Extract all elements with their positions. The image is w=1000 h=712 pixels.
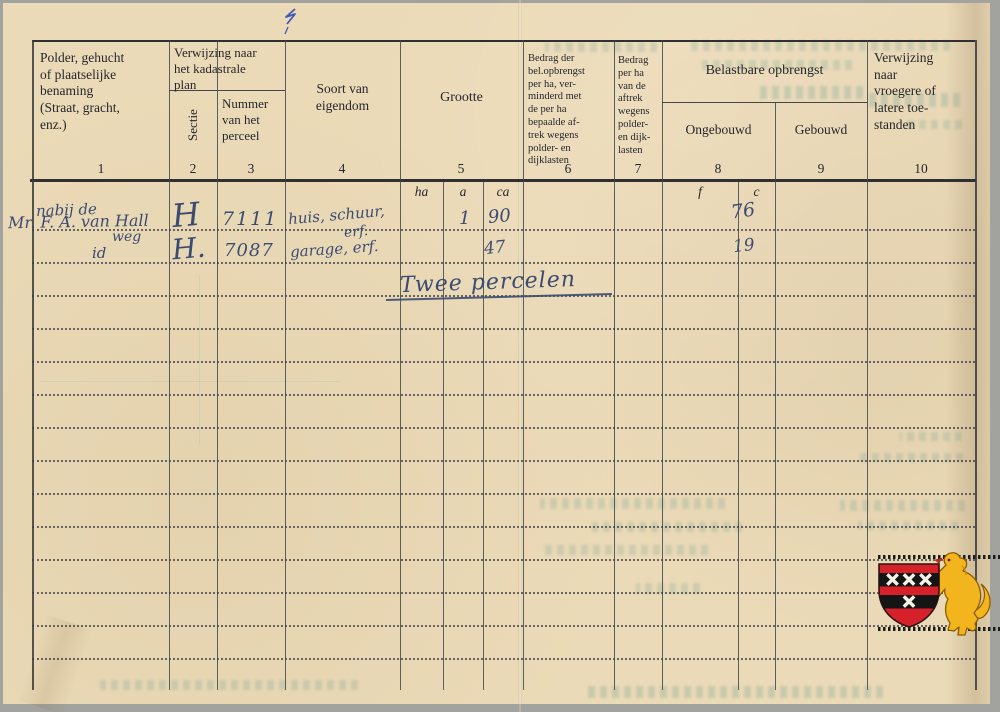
shield	[878, 564, 940, 627]
entry1-location-line3: weg	[112, 229, 141, 245]
subcol-border	[443, 182, 444, 690]
scanned-document: Polder, gehucht of plaatselijke benaming…	[0, 0, 1000, 712]
col-header-grootte: Grootte	[400, 89, 523, 106]
col-header-bedrag-aftrek: Bedrag per ha van de aftrek wegens polde…	[618, 55, 662, 157]
subcol-border	[738, 182, 739, 690]
entry1-sectie: H	[170, 195, 201, 235]
entry2-grootte-ca: 47	[483, 237, 507, 259]
col-number-5: 5	[446, 161, 476, 177]
amsterdam-coat-of-arms	[872, 550, 1000, 636]
entry2-opbrengst-c: 19	[732, 235, 756, 257]
col-header-ongebouwd: Ongebouwd	[662, 122, 775, 139]
entry1-nummer: 7111	[222, 208, 278, 230]
verso-line	[199, 275, 200, 445]
entry1-opbrengst-c: 76	[730, 198, 757, 223]
col-number-4: 4	[327, 161, 357, 177]
row-rule	[32, 658, 975, 660]
entry2-sectie: H.	[171, 231, 207, 267]
row-rule	[32, 394, 975, 396]
row-rule	[32, 361, 975, 363]
col-number-8: 8	[703, 161, 733, 177]
verso-line	[40, 381, 340, 382]
row-rule	[32, 460, 975, 462]
col-header-benaming: Polder, gehucht of plaatselijke benaming…	[40, 50, 165, 134]
col-number-7: 7	[623, 161, 653, 177]
entry2-nummer: 7087	[224, 240, 274, 261]
col-number-1: 1	[86, 161, 116, 177]
ghost-text	[900, 432, 962, 441]
col-header-verwijzing: Verwijzing naar vroegere of latere toe- …	[874, 50, 972, 134]
col-header-soort: Soort van eigendom	[285, 81, 400, 114]
col-number-3: 3	[236, 161, 266, 177]
col-number-9: 9	[806, 161, 836, 177]
col-header-bedrag-opbrengst: Bedrag der bel.opbrengst per ha, ver- mi…	[528, 53, 612, 168]
col-header-sectie: Sectie	[169, 92, 217, 158]
belastbaar-group-divider	[662, 102, 867, 103]
fold-crease	[518, 0, 522, 712]
table-top-border	[32, 40, 975, 42]
col-number-6: 6	[553, 161, 583, 177]
col-number-2: 2	[178, 161, 208, 177]
row-rule	[32, 493, 975, 495]
entry1-grootte-a: 1	[459, 208, 470, 229]
entry1-grootte-ca: 90	[487, 205, 512, 228]
col-header-gebouwd: Gebouwd	[775, 122, 867, 139]
ghost-text	[758, 86, 863, 99]
unit-ha: ha	[400, 184, 443, 200]
ghost-text	[545, 42, 657, 52]
unit-c: c	[738, 184, 775, 200]
row-rule	[32, 592, 975, 594]
entry2-location: id	[92, 244, 106, 262]
col-header-belastbaar-group: Belastbare opbrengst	[662, 62, 867, 79]
ghost-text	[100, 680, 358, 690]
row-rule	[32, 559, 975, 561]
row-rule	[32, 526, 975, 528]
header-bottom-border	[30, 179, 976, 182]
blue-ink-mark	[280, 6, 304, 36]
unit-a: a	[443, 184, 483, 200]
subcol-border	[483, 182, 484, 690]
unit-ca: ca	[483, 184, 523, 200]
ghost-text	[540, 545, 708, 555]
row-rule	[32, 328, 975, 330]
ghost-text	[840, 500, 965, 511]
ghost-text	[588, 686, 883, 698]
unit-f: f	[662, 184, 738, 200]
row-rule	[32, 625, 975, 627]
col-border	[775, 102, 776, 690]
col-header-nummer: Nummer van het perceel	[222, 96, 284, 144]
col-number-10: 10	[906, 161, 936, 177]
col-header-kadaster-group: Verwijzing naar het kadastrale plan	[174, 45, 284, 93]
row-rule	[32, 427, 975, 429]
ghost-text	[540, 498, 725, 509]
